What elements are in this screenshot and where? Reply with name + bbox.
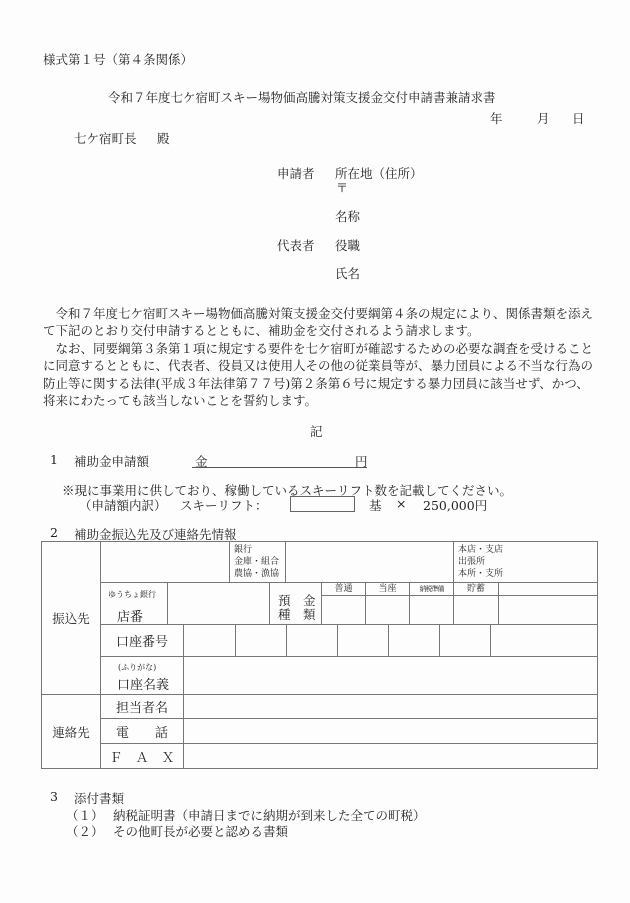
account-number-label: 口座番号: [116, 631, 168, 650]
bank-type-shinkin[interactable]: 金庫・組合: [234, 556, 285, 568]
bank-type-bank[interactable]: 銀行: [234, 544, 285, 556]
contact-person-label: 担当者名: [100, 694, 184, 719]
branch-type-shutchojo[interactable]: 出張所: [458, 556, 597, 568]
times-sign: ×: [396, 496, 406, 511]
account-number-label-cell: 口座番号: [100, 624, 184, 657]
breakdown-label: （申請額内訳）: [79, 496, 167, 514]
lift-unit: 基: [369, 496, 382, 514]
transfer-label: 振込先: [52, 609, 90, 627]
account-name-input[interactable]: [183, 656, 598, 695]
branch-name-input[interactable]: [285, 541, 454, 583]
contact-phone-input[interactable]: [183, 718, 598, 744]
section3-label: 添付書類: [74, 789, 124, 807]
contact-fax-input[interactable]: [183, 743, 598, 769]
representative-position-label: 役職: [335, 236, 360, 254]
applicant-name-label: 名称: [335, 207, 360, 225]
account-type-other: [498, 582, 598, 596]
section1-number: 1: [50, 452, 58, 467]
contact-label: 連絡先: [52, 723, 90, 741]
contact-label-cell: 連絡先: [41, 694, 101, 769]
bank-type-nokyo[interactable]: 農協・漁協: [234, 568, 285, 580]
amount-underline: [192, 467, 367, 468]
form-number: 様式第１号（第４条関係）: [43, 50, 193, 68]
account-number-digit-2[interactable]: [235, 624, 287, 657]
branch-type-honsho[interactable]: 本所・支所: [458, 568, 597, 580]
account-type-other-check[interactable]: [498, 595, 598, 625]
account-number-digit-6[interactable]: [439, 624, 491, 657]
account-type-futsu-check[interactable]: [321, 595, 366, 625]
applicant-address-label: 所在地（住所）: [335, 164, 423, 182]
body-text: 令和７年度七ケ宿町スキー場物価高騰対策支援金交付要綱第４条の規定により、関係書類…: [43, 305, 593, 409]
account-type-nozei: 納税準備: [409, 582, 454, 596]
contact-person-input[interactable]: [183, 694, 598, 719]
deposit-type-label-cell: 預 金 種 類: [269, 582, 322, 625]
section1-label: 補助金申請額: [74, 452, 149, 470]
account-type-toza: 当座: [365, 582, 410, 596]
account-number-digit-7[interactable]: [490, 624, 598, 657]
applicant-label: 申請者: [277, 164, 315, 182]
document-title: 令和７年度七ケ宿町スキー場物価高騰対策支援金交付申請書兼請求書: [108, 88, 496, 106]
branch-type-honten[interactable]: 本店・支店: [458, 544, 597, 556]
transfer-label-cell: 振込先: [41, 541, 101, 695]
account-name-ruby: (ふりがな): [118, 662, 156, 673]
body-paragraph-1: 令和７年度七ケ宿町スキー場物価高騰対策支援金交付要綱第４条の規定により、関係書類…: [43, 305, 593, 340]
section3-number: 3: [50, 789, 58, 804]
lift-label: スキーリフト：: [180, 496, 268, 514]
postal-mark: 〒: [336, 179, 348, 196]
date-month-label: 月: [537, 109, 550, 127]
representative-label: 代表者: [277, 236, 315, 254]
contact-phone-label: 電 話: [100, 718, 184, 744]
branch-type-cell: 本店・支店 出張所 本所・支所: [453, 541, 598, 583]
account-type-nozei-check[interactable]: [409, 595, 454, 625]
account-type-futsu: 普通: [321, 582, 366, 596]
addressee-name: 七ケ宿町長: [74, 129, 137, 147]
date-day-label: 日: [572, 109, 585, 127]
account-number-digit-1[interactable]: [183, 624, 236, 657]
bank-type-cell: 銀行 金庫・組合 農協・漁協: [229, 541, 286, 583]
section2-number: 2: [50, 525, 58, 540]
addressee-honorific: 殿: [157, 129, 170, 147]
body-paragraph-2: なお、同要綱第３条第１項に規定する要件を七ケ宿町が確認するための必要な調査を受け…: [43, 340, 593, 410]
date-year-label: 年: [490, 109, 503, 127]
account-type-chochiku: 貯蓄: [453, 582, 499, 596]
contact-fax-label: Ｆ Ａ Ｘ: [100, 743, 184, 769]
unit-price: 250,000円: [423, 496, 487, 514]
lift-count-input[interactable]: [290, 496, 355, 512]
amount-input[interactable]: [212, 452, 352, 468]
bank-name-input[interactable]: [100, 541, 230, 583]
attachment-2-text: その他町長が必要と認める書類: [113, 822, 288, 840]
yucho-cell: ゆうちょ銀行 店番: [100, 582, 168, 625]
account-name-label-cell: (ふりがな) 口座名義: [100, 656, 184, 695]
branch-number-label: 店番: [117, 606, 143, 625]
account-number-digit-4[interactable]: [337, 624, 389, 657]
account-type-toza-check[interactable]: [365, 595, 410, 625]
account-type-chochiku-check[interactable]: [453, 595, 499, 625]
ki-heading: 記: [310, 422, 323, 440]
representative-name-label: 氏名: [335, 264, 360, 282]
account-name-label: 口座名義: [117, 674, 169, 693]
attachment-2-number: （２）: [66, 822, 104, 840]
yucho-label: ゆうちょ銀行: [108, 589, 156, 600]
account-number-digit-3[interactable]: [286, 624, 338, 657]
branch-number-input[interactable]: [167, 582, 270, 625]
deposit-type-label-2: 種 類: [278, 605, 316, 623]
account-number-digit-5[interactable]: [388, 624, 440, 657]
